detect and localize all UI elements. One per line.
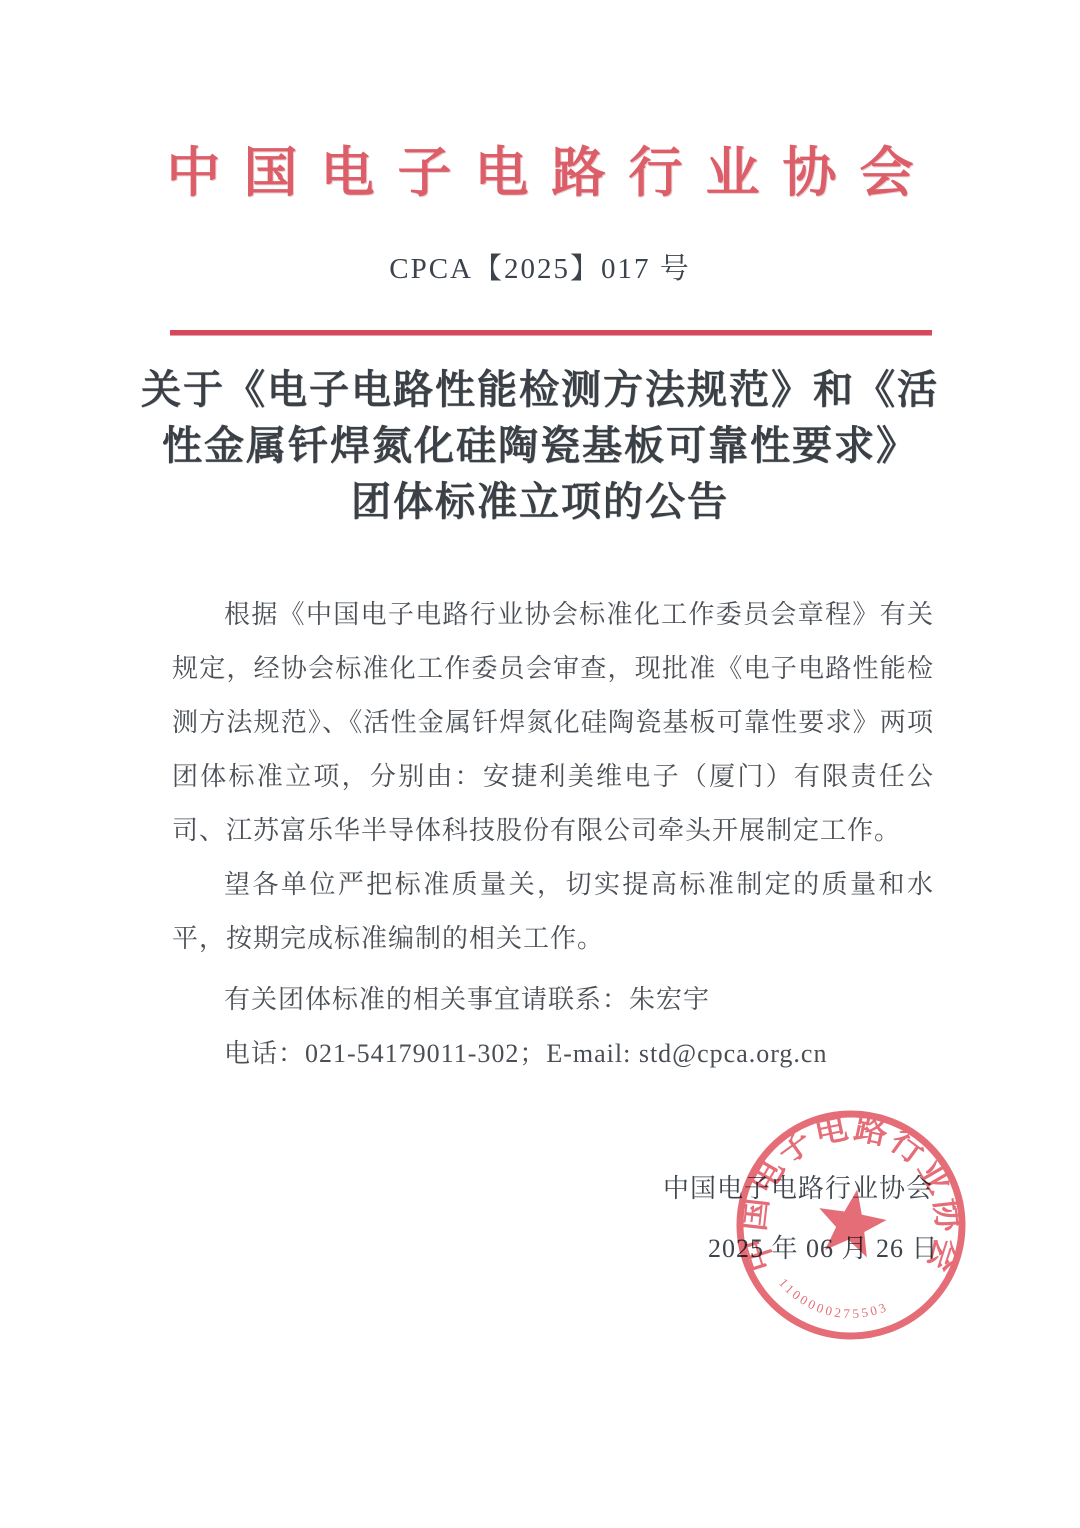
header-divider-rule	[170, 330, 932, 336]
document-page: 中国电子电路行业协会 CPCA【2025】017 号 关于《电子电路性能检测方法…	[0, 0, 1080, 1528]
document-title-line-3: 团体标准立项的公告	[0, 474, 1080, 530]
document-number: CPCA【2025】017 号	[0, 246, 1080, 287]
seal-serial-number: 1100000275503	[776, 1275, 891, 1321]
org-header-title: 中国电子电路行业协会	[0, 130, 1080, 207]
seal-star-icon	[812, 1184, 891, 1260]
official-seal-stamp: 中国电子电路行业协会 1100000275503	[726, 1100, 976, 1350]
body-paragraph-1: 根据《中国电子电路行业协会标准化工作委员会章程》有关规定，经协会标准化工作委员会…	[172, 588, 934, 858]
body-paragraph-phone-email: 电话：021-54179011-302；E-mail: std@cpca.org…	[172, 1027, 934, 1081]
seal-ring-text: 中国电子电路行业协会	[735, 1109, 967, 1276]
document-title: 关于《电子电路性能检测方法规范》和《活 性金属钎焊氮化硅陶瓷基板可靠性要求》 团…	[0, 362, 1080, 530]
body-paragraph-2: 望各单位严把标准质量关，切实提高标准制定的质量和水平，按期完成标准编制的相关工作…	[172, 858, 934, 966]
document-title-line-2: 性金属钎焊氮化硅陶瓷基板可靠性要求》	[0, 418, 1080, 474]
body-paragraph-contact: 有关团体标准的相关事宜请联系：朱宏宇	[172, 973, 934, 1027]
document-title-line-1: 关于《电子电路性能检测方法规范》和《活	[0, 362, 1080, 418]
document-body: 根据《中国电子电路行业协会标准化工作委员会章程》有关规定，经协会标准化工作委员会…	[172, 588, 934, 1081]
